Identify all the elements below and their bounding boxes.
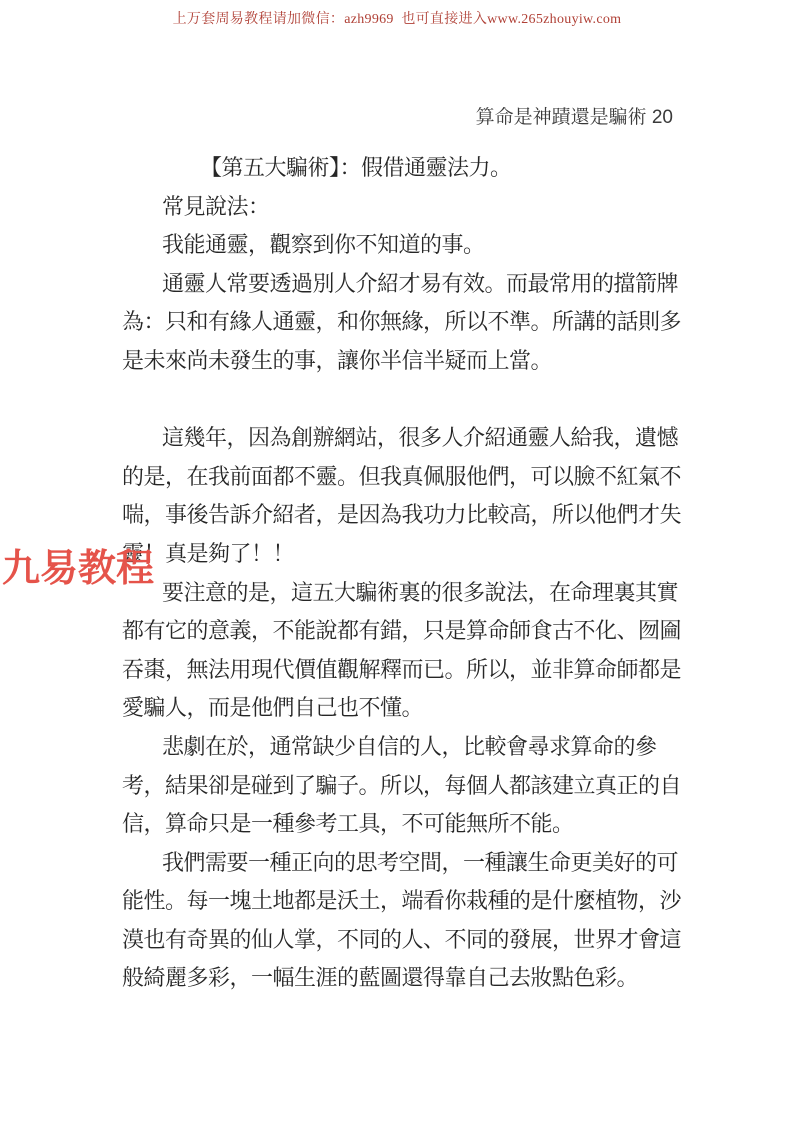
- page-title: 算命是神蹟還是騙術 20: [476, 102, 673, 129]
- text-line: 愛騙人，而是他們自己也不懂。: [122, 689, 692, 728]
- text-line: 都有它的意義，不能說都有錯，只是算命師食古不化、囫圇: [122, 612, 692, 651]
- promo-banner-text: 上万套周易教程请加微信：azh9969 也可直接进入www.265zhouyiw…: [0, 8, 794, 28]
- text-line: 是未來尚未發生的事，讓你半信半疑而上當。: [122, 342, 692, 381]
- text-line: 我們需要一種正向的思考空間，一種讓生命更美好的可: [122, 844, 692, 883]
- text-line: 要注意的是，這五大騙術裏的很多說法，在命理裏其實: [122, 574, 692, 613]
- text-line: 我能通靈，觀察到你不知道的事。: [122, 226, 692, 265]
- text-line: 靈！真是夠了！！: [122, 535, 692, 574]
- blank-line: [122, 381, 692, 420]
- text-line: 能性。每一塊土地都是沃土，端看你栽種的是什麼植物，沙: [122, 882, 692, 921]
- text-line: 信，算命只是一種參考工具，不可能無所不能。: [122, 805, 692, 844]
- text-line: 漠也有奇異的仙人掌，不同的人、不同的發展，世界才會這: [122, 921, 692, 960]
- text-line: 常見說法：: [122, 188, 692, 227]
- text-line: 般綺麗多彩，一幅生涯的藍圖還得靠自己去妝點色彩。: [122, 959, 692, 998]
- text-line: 通靈人常要透過別人介紹才易有效。而最常用的擋箭牌: [122, 265, 692, 304]
- watermark: 九易教程: [2, 537, 154, 592]
- text-line: 吞棗，無法用現代價值觀解釋而已。所以，並非算命師都是: [122, 651, 692, 690]
- text-line: 的是，在我前面都不靈。但我真佩服他們，可以臉不紅氣不: [122, 458, 692, 497]
- text-line: 悲劇在於，通常缺少自信的人，比較會尋求算命的參: [122, 728, 692, 767]
- body-text: 【第五大騙術】：假借通靈法力。常見說法：我能通靈，觀察到你不知道的事。通靈人常要…: [122, 149, 692, 998]
- document-page: 上万套周易教程请加微信：azh9969 也可直接进入www.265zhouyiw…: [0, 0, 794, 1123]
- text-line: 喘，事後告訴介紹者，是因為我功力比較高，所以他們才失: [122, 496, 692, 535]
- text-line: 【第五大騙術】：假借通靈法力。: [122, 149, 692, 188]
- text-line: 為：只和有緣人通靈，和你無緣，所以不準。所講的話則多: [122, 303, 692, 342]
- text-line: 考，結果卻是碰到了騙子。所以，每個人都該建立真正的自: [122, 767, 692, 806]
- text-line: 這幾年，因為創辦網站，很多人介紹通靈人給我，遺憾: [122, 419, 692, 458]
